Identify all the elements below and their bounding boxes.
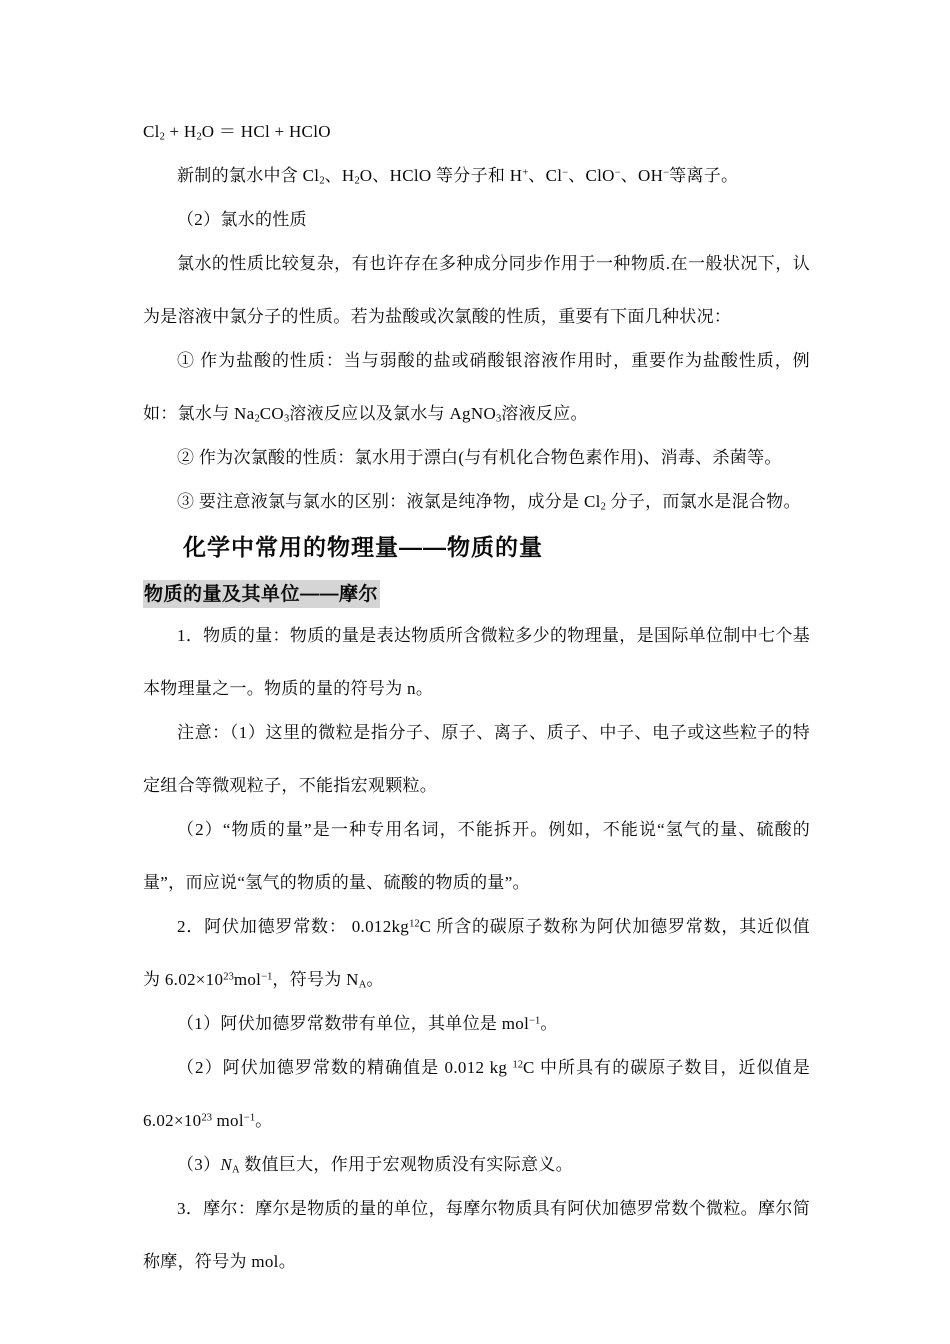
text-run: 。 bbox=[366, 970, 383, 989]
paragraph-note-2-term-cannot-be-split: （2）“物质的量”是一种专用名词，不能拆开。例如，不能说“氢气的量、硫酸的量”，… bbox=[143, 803, 810, 909]
paragraph-2-avogadro-constant-definition: 2．阿伏加德罗常数： 0.012kg12C 所含的碳原子数称为阿伏加德罗常数，其… bbox=[143, 900, 810, 1006]
paragraph-3-mole-definition: 3．摩尔：摩尔是物质的量的单位，每摩尔物质具有阿伏加德罗常数个微粒。摩尔简称摩，… bbox=[143, 1182, 810, 1288]
section-title-physical-quantity: 化学中常用的物理量——物质的量 bbox=[143, 525, 810, 569]
text-run: 、ClO bbox=[568, 166, 615, 185]
text-run: 、Cl bbox=[528, 166, 562, 185]
text-run: 12 bbox=[409, 919, 420, 930]
text-run: 、OH bbox=[621, 166, 663, 185]
text-run: 等离子。 bbox=[669, 166, 738, 185]
text-run: （2）“物质的量”是一种专用名词，不能拆开。例如，不能说“氢气的量、硫酸的量”，… bbox=[143, 820, 810, 892]
text-run: 。 bbox=[540, 1014, 557, 1033]
text-run: （1）阿伏加德罗常数带有单位，其单位是 mol bbox=[177, 1014, 529, 1033]
text-run: ，符号为 N bbox=[272, 970, 358, 989]
text-run: 氯水的性质比较复杂，有也许存在多种成分同步作用于一种物质.在一般状况下，认为是溶… bbox=[143, 254, 810, 326]
text-run: A bbox=[232, 1165, 240, 1176]
text-run: 新制的氯水中含 Cl bbox=[177, 166, 319, 185]
text-run: O ＝ HCl + HClO bbox=[202, 122, 331, 141]
text-run: 12 bbox=[513, 1060, 524, 1071]
paragraph-1-amount-of-substance-definition: 1．物质的量：物质的量是表达物质所含微粒多少的物理量，是国际单位制中七个基本物理… bbox=[143, 609, 810, 715]
text-run: mol bbox=[212, 1111, 244, 1130]
paragraph-avogadro-note-2-exact-value: （2）阿伏加德罗常数的精确值是 0.012 kg 12C 中所具有的碳原子数目，… bbox=[143, 1041, 810, 1147]
document-page: Cl2 + H2O ＝ HCl + HClO新制的氯水中含 Cl2、H2O、HC… bbox=[0, 0, 950, 1344]
text-run: 数值巨大，作用于宏观物质没有实际意义。 bbox=[240, 1155, 573, 1174]
text-run: 2．阿伏加德罗常数： 0.012kg bbox=[177, 917, 409, 936]
paragraph-point-1-hydrochloric-acid-property: ① 作为盐酸的性质：当与弱酸的盐或硝酸银溶液作用时，重要作为盐酸性质，例如：氯水… bbox=[143, 334, 810, 440]
text-run: O、HClO 等分子和 H bbox=[360, 166, 523, 185]
text-run: 溶液反应。 bbox=[501, 404, 588, 423]
text-run: 物质的量及其单位——摩尔 bbox=[143, 580, 380, 608]
text-run: （2）氯水的性质 bbox=[177, 210, 307, 229]
text-run: 23 bbox=[223, 972, 234, 983]
text-run: −1 bbox=[261, 972, 272, 983]
text-run: mol bbox=[234, 970, 261, 989]
text-run: （2）阿伏加德罗常数的精确值是 0.012 kg bbox=[177, 1058, 513, 1077]
text-run: ② 作为次氯酸的性质：氯水用于漂白(与有机化合物色素作用)、消毒、杀菌等。 bbox=[177, 448, 782, 467]
text-run: 1．物质的量：物质的量是表达物质所含微粒多少的物理量，是国际单位制中七个基本物理… bbox=[143, 626, 810, 698]
paragraph-point-3-liquid-chlorine-vs-chlorine-water: ③ 要注意液氯与氯水的区别：液氯是纯净物，成分是 Cl2 分子，而氯水是混合物。 bbox=[143, 475, 810, 528]
paragraph-note-1-microscopic-particles: 注意：（1）这里的微粒是指分子、原子、离子、质子、中子、电子或这些粒子的特定组合… bbox=[143, 706, 810, 812]
text-run: N bbox=[220, 1155, 232, 1174]
text-run: （3） bbox=[177, 1155, 220, 1174]
text-run: 。 bbox=[255, 1111, 272, 1130]
text-run: 化学中常用的物理量——物质的量 bbox=[183, 534, 543, 560]
text-run: CO bbox=[260, 404, 284, 423]
text-run: −1 bbox=[529, 1016, 540, 1027]
text-run: 分子，而氯水是混合物。 bbox=[606, 492, 801, 511]
text-run: 23 bbox=[201, 1113, 212, 1124]
text-run: 注意：（1）这里的微粒是指分子、原子、离子、质子、中子、电子或这些粒子的特定组合… bbox=[143, 723, 810, 795]
paragraph-properties-overview: 氯水的性质比较复杂，有也许存在多种成分同步作用于一种物质.在一般状况下，认为是溶… bbox=[143, 237, 810, 343]
text-run: Cl bbox=[143, 122, 160, 141]
text-run: 溶液反应以及氯水与 AgNO bbox=[289, 404, 496, 423]
text-run: + H bbox=[165, 122, 197, 141]
text-run: 、H bbox=[325, 166, 355, 185]
text-run: −1 bbox=[244, 1113, 255, 1124]
text-run: ③ 要注意液氯与氯水的区别：液氯是纯净物，成分是 Cl bbox=[177, 492, 601, 511]
text-run: 3．摩尔：摩尔是物质的量的单位，每摩尔物质具有阿伏加德罗常数个微粒。摩尔简称摩，… bbox=[143, 1199, 810, 1271]
